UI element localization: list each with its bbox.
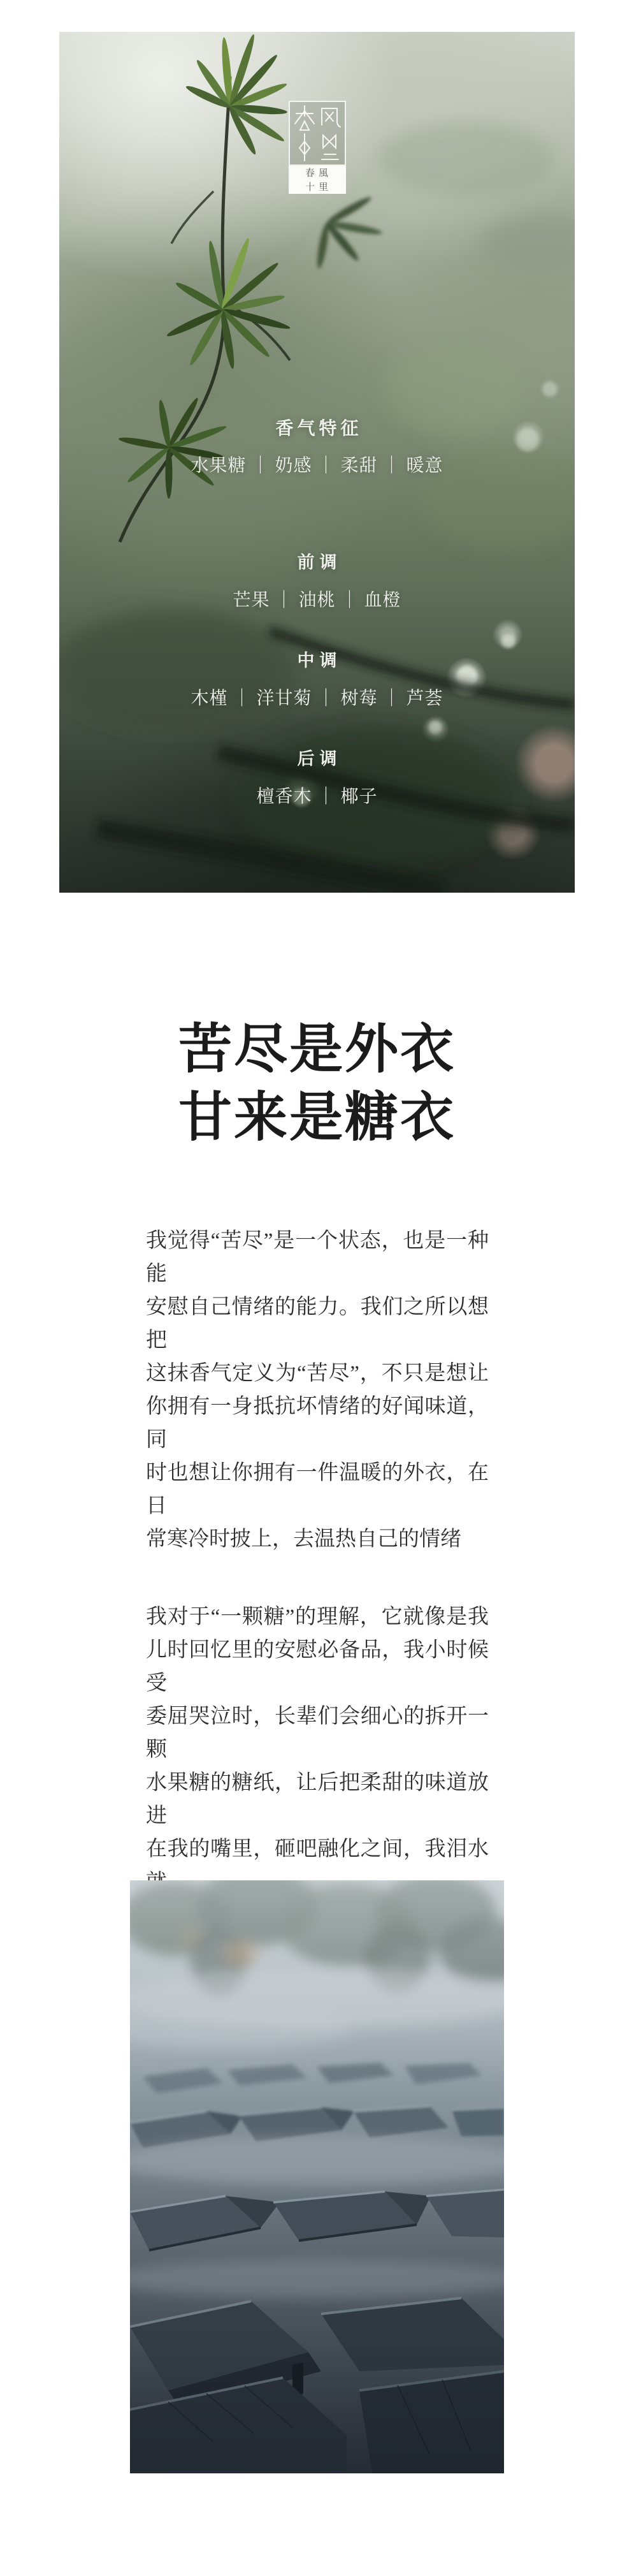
note-section-value: 芒果 ｜ 油桃 ｜ 血橙 [59,586,575,611]
brand-seal-icon [289,101,346,166]
page: 春風 十里 香气特征 水果糖 ｜ 奶感 ｜ 柔甜 ｜ 暖意 前调 芒果 ｜ 油桃… [0,0,634,2576]
text-line: 你拥有一身抵抗坏情绪的好闻味道，同 [146,1390,489,1456]
text-line: 常寒冷时披上，去温热自己的情绪 [146,1523,489,1556]
text-line: 安慰自己情绪的能力。我们之所以想把 [146,1291,489,1357]
notes-profile-title: 香气特征 [59,414,575,440]
notes-profile-value: 水果糖 ｜ 奶感 ｜ 柔甜 ｜ 暖意 [59,451,575,477]
village-illustration [130,1880,504,2473]
leaf-cluster-middle [165,237,291,369]
leaf-cluster-blurred [315,194,383,269]
brand-name-line1: 春風 [292,166,346,180]
note-section-label: 后调 [59,745,575,770]
village-photo [130,1880,504,2473]
leaf-cluster-top [185,33,289,156]
paragraph-1: 我觉得“苦尽”是一个状态，也是一种能安慰自己情绪的能力。我们之所以想把这抹香气定… [146,1224,489,1556]
article-title: 苦尽是外衣 甘来是糖衣 [0,1016,634,1152]
note-section-label: 中调 [59,647,575,671]
hero-photo: 春風 十里 香气特征 水果糖 ｜ 奶感 ｜ 柔甜 ｜ 暖意 前调 芒果 ｜ 油桃… [59,32,575,893]
text-line: 我对于“一颗糖”的理解，它就像是我 [146,1600,489,1634]
fragrance-notes: 香气特征 水果糖 ｜ 奶感 ｜ 柔甜 ｜ 暖意 前调 芒果 ｜ 油桃 ｜ 血橙 … [59,414,575,808]
note-section: 后调 檀香木 ｜ 椰子 [59,745,575,808]
article-title-line1: 苦尽是外衣 [0,1016,634,1084]
note-section: 前调 芒果 ｜ 油桃 ｜ 血橙 [59,548,575,611]
text-line: 委屈哭泣时，长辈们会细心的拆开一颗 [146,1700,489,1766]
article-title-line2: 甘来是糖衣 [0,1084,634,1152]
brand-name: 春風 十里 [289,166,346,194]
brand-name-line2: 十里 [292,180,346,194]
text-line: 这抹香气定义为“苦尽”，不只是想让 [146,1357,489,1390]
text-line: 儿时回忆里的安慰必备品，我小时候受 [146,1634,489,1700]
haze-overlay [130,1880,504,2473]
note-section-value: 木槿 ｜ 洋甘菊 ｜ 树莓 ｜ 芦荟 [59,684,575,710]
text-line: 水果糖的糖纸，让后把柔甜的味道放进 [146,1766,489,1833]
note-section: 中调 木槿 ｜ 洋甘菊 ｜ 树莓 ｜ 芦荟 [59,647,575,710]
note-section-value: 檀香木 ｜ 椰子 [59,782,575,808]
note-section-label: 前调 [59,548,575,573]
text-line: 时也想让你拥有一件温暖的外衣，在日 [146,1456,489,1523]
notes-sections: 前调 芒果 ｜ 油桃 ｜ 血橙 中调 木槿 ｜ 洋甘菊 ｜ 树莓 ｜ 芦荟 后调… [59,548,575,808]
brand-logo: 春風 十里 [289,101,346,194]
text-line: 我觉得“苦尽”是一个状态，也是一种能 [146,1224,489,1291]
